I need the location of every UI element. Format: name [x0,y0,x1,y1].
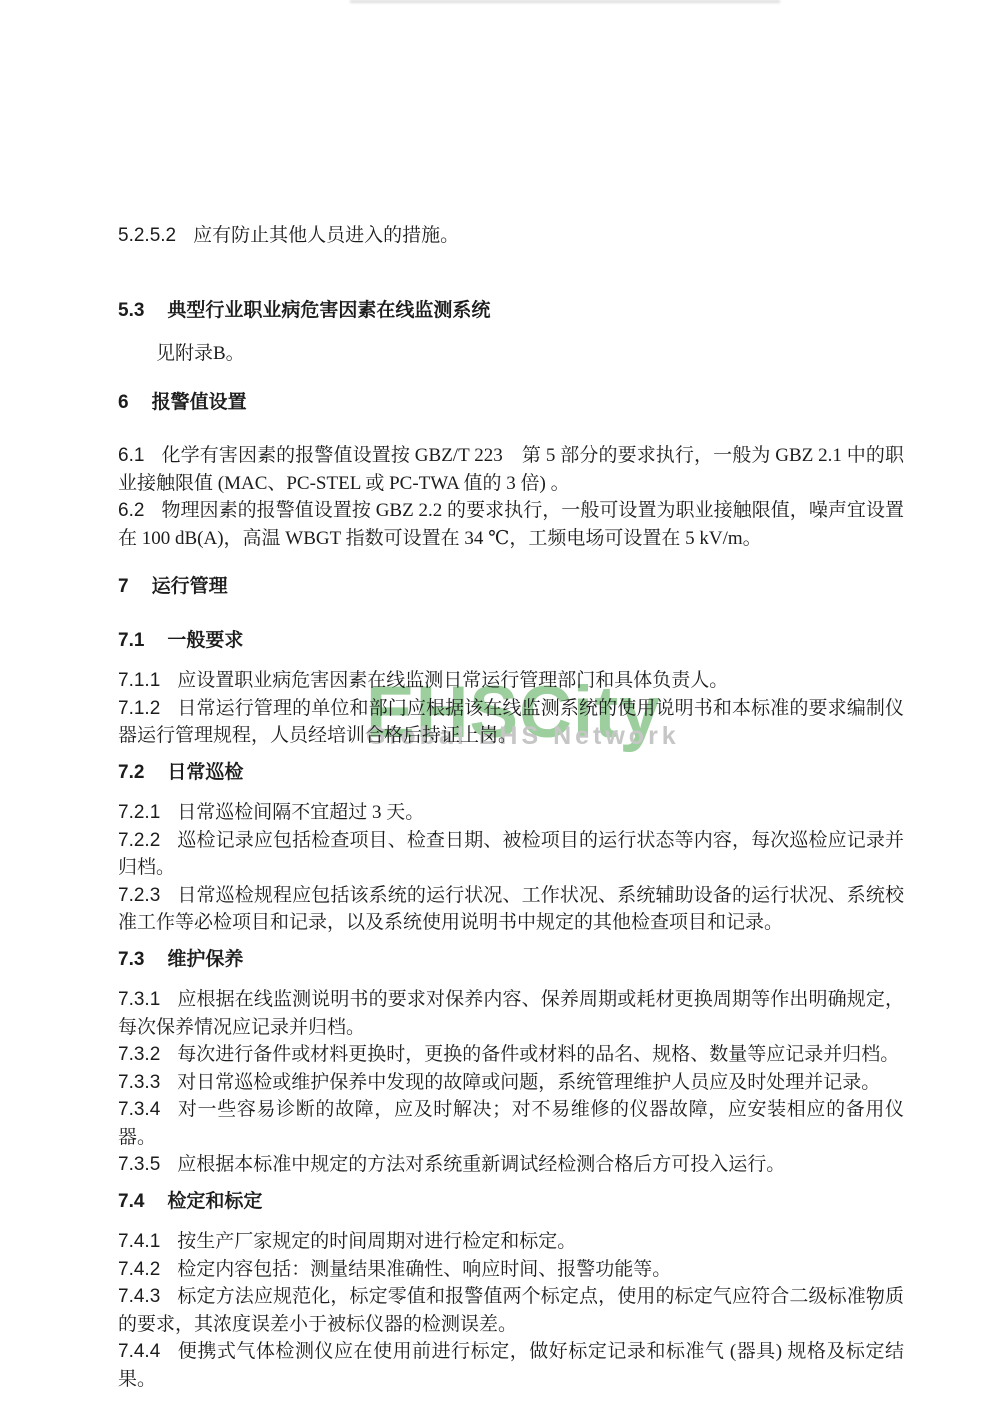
clause-7.2.3: 7.2.3日常巡检规程应包括该系统的运行状况、工作状况、系统辅助设备的运行状况、… [118,882,904,937]
heading-6: 6报警值设置 [118,389,904,417]
document-content: 5.2.5.2应有防止其他人员进入的措施。5.3典型行业职业病危害因素在线监测系… [118,222,904,1393]
clause-7.1.1: 7.1.1应设置职业病危害因素在线监测日常运行管理部门和具体负责人。 [118,667,904,695]
heading-text: 典型行业职业病危害因素在线监测系统 [167,300,490,321]
clause-7.3.4: 7.3.4对一些容易诊断的故障，应及时解决；对不易维修的仪器故障，应安装相应的备… [118,1096,904,1151]
clause-text: 每次进行备件或材料更换时，更换的备件或材料的品名、规格、数量等应记录并归档。 [177,1044,899,1065]
clause-number: 7.4.2 [118,1256,160,1284]
clause-number: 7.4 [118,1188,144,1216]
clause-7.3.2: 7.3.2每次进行备件或材料更换时，更换的备件或材料的品名、规格、数量等应记录并… [118,1041,904,1069]
clause-number: 7.3.3 [118,1069,160,1097]
document-page: EHSCity Global EHS Network 5.2.5.2应有防止其他… [0,0,1000,1413]
clause-text: 便携式气体检测仪应在使用前进行标定，做好标定记录和标准气 (器具) 规格及标定结… [118,1341,904,1390]
clause-number: 7.4.3 [118,1283,160,1311]
clause-number: 7.2.3 [118,882,160,910]
heading-7: 7运行管理 [118,573,904,601]
heading-7.3: 7.3维护保养 [118,946,904,974]
clause-text: 应根据本标准中规定的方法对系统重新调试经检测合格后方可投入运行。 [177,1154,785,1175]
clause-text: 应根据在线监测说明书的要求对保养内容、保养周期或耗材更换周期等作出明确规定，每次… [118,989,904,1038]
heading-text: 日常巡检 [167,762,243,783]
heading-text: 运行管理 [152,576,228,597]
clause-number: 6 [118,389,129,417]
clause-7.1.2: 7.1.2日常运行管理的单位和部门应根据该在线监测系统的使用说明书和本标准的要求… [118,695,904,750]
clause-number: 7.3.5 [118,1151,160,1179]
clause-text: 对一些容易诊断的故障，应及时解决；对不易维修的仪器故障，应安装相应的备用仪器。 [118,1099,904,1148]
clause-7.4.1: 7.4.1按生产厂家规定的时间周期对进行检定和标定。 [118,1228,904,1256]
clause-number: 7.2.1 [118,799,160,827]
clause-text: 对日常巡检或维护保养中发现的故障或问题，系统管理维护人员应及时处理并记录。 [177,1072,880,1093]
clause-text: 应有防止其他人员进入的措施。 [193,225,459,246]
clause-5.2.5.2: 5.2.5.2应有防止其他人员进入的措施。 [118,222,904,250]
clause-7.4.2: 7.4.2检定内容包括：测量结果准确性、响应时间、报警功能等。 [118,1256,904,1284]
clause-text: 日常巡检间隔不宜超过 3 天。 [177,802,424,823]
clause-6.2: 6.2物理因素的报警值设置按 GBZ 2.2 的要求执行，一般可设置为职业接触限… [118,497,904,552]
clause-number: 7 [118,573,129,601]
clause-number: 7.1 [118,627,144,655]
heading-7.4: 7.4检定和标定 [118,1188,904,1216]
clause-text: 物理因素的报警值设置按 GBZ 2.2 的要求执行，一般可设置为职业接触限值，噪… [118,500,904,549]
clause-number: 6.2 [118,497,144,525]
clause-7.3.1: 7.3.1应根据在线监测说明书的要求对保养内容、保养周期或耗材更换周期等作出明确… [118,986,904,1041]
heading-7.1: 7.1一般要求 [118,627,904,655]
clause-number: 6.1 [118,442,144,470]
clause-7.2.2: 7.2.2巡检记录应包括检查项目、检查日期、被检项目的运行状态等内容，每次巡检应… [118,827,904,882]
clause-text: 日常运行管理的单位和部门应根据该在线监测系统的使用说明书和本标准的要求编制仪器运… [118,698,904,747]
clause-text: 日常巡检规程应包括该系统的运行状况、工作状况、系统辅助设备的运行状况、系统校准工… [118,885,904,934]
clause-number: 7.4.4 [118,1338,160,1366]
clause-number: 7.3 [118,946,144,974]
clause-text: 化学有害因素的报警值设置按 GBZ/T 223 第 5 部分的要求执行，一般为 … [118,445,904,494]
clause-7.2.1: 7.2.1日常巡检间隔不宜超过 3 天。 [118,799,904,827]
scan-artifact [350,0,780,3]
clause-text: 巡检记录应包括检查项目、检查日期、被检项目的运行状态等内容，每次巡检应记录并归档… [118,830,904,879]
clause-7.4.4: 7.4.4便携式气体检测仪应在使用前进行标定，做好标定记录和标准气 (器具) 规… [118,1338,904,1393]
clause-number: 7.3.2 [118,1041,160,1069]
clause-7.4.3: 7.4.3标定方法应规范化，标定零值和报警值两个标定点，使用的标定气应符合二级标… [118,1283,904,1338]
clause-text: 标定方法应规范化，标定零值和报警值两个标定点，使用的标定气应符合二级标准物质的要… [118,1286,904,1335]
clause-number: 5.2.5.2 [118,222,176,250]
clause-number: 7.2.2 [118,827,160,855]
heading-text: 一般要求 [167,630,243,651]
clause-number: 7.2 [118,759,144,787]
clause-text: 检定内容包括：测量结果准确性、响应时间、报警功能等。 [177,1259,671,1280]
heading-5.3: 5.3典型行业职业病危害因素在线监测系统 [118,297,904,325]
clause-6.1: 6.1化学有害因素的报警值设置按 GBZ/T 223 第 5 部分的要求执行，一… [118,442,904,497]
clause-7.3.3: 7.3.3对日常巡检或维护保养中发现的故障或问题，系统管理维护人员应及时处理并记… [118,1069,904,1097]
clause-number: 7.3.4 [118,1096,160,1124]
clause-number: 7.4.1 [118,1228,160,1256]
clause-number: 7.3.1 [118,986,160,1014]
clause-number: 7.1.1 [118,667,160,695]
clause-7.3.5: 7.3.5应根据本标准中规定的方法对系统重新调试经检测合格后方可投入运行。 [118,1151,904,1179]
heading-text: 报警值设置 [152,392,247,413]
clause-text: 按生产厂家规定的时间周期对进行检定和标定。 [177,1231,576,1252]
clause-text: 应设置职业病危害因素在线监测日常运行管理部门和具体负责人。 [177,670,728,691]
note-paragraph: 见附录B。 [118,340,904,368]
clause-text: 见附录B。 [156,343,245,364]
clause-number: 5.3 [118,297,144,325]
page-number: 7 [869,1294,879,1316]
clause-number: 7.1.2 [118,695,160,723]
heading-text: 检定和标定 [167,1191,262,1212]
heading-text: 维护保养 [167,949,243,970]
heading-7.2: 7.2日常巡检 [118,759,904,787]
